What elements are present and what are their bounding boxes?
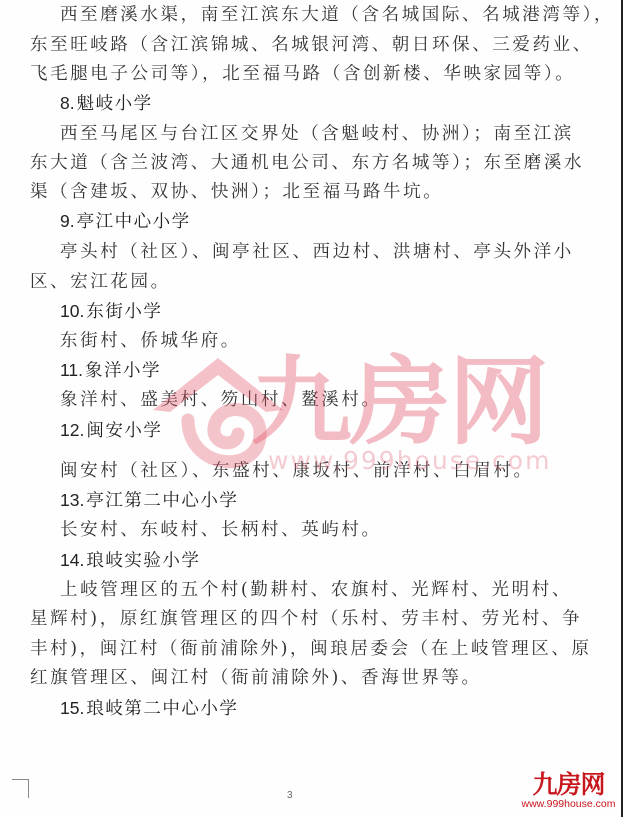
logo-url: www.999house.com <box>516 798 621 810</box>
section-heading-14: 14.琅岐实验小学 <box>60 548 200 573</box>
paragraph-line: 东至旺岐路（含江滨锦城、名城银河湾、朝日环保、三爱药业、 <box>30 33 593 57</box>
heading-title: 亭江中心小学 <box>77 212 191 232</box>
heading-title: 亭江第二中心小学 <box>86 491 238 511</box>
section-heading-12: 12.闽安小学 <box>60 418 162 443</box>
paragraph-line: 渠（含建坂、双协、快洲）；北至福马路牛坑。 <box>30 180 443 204</box>
heading-number: 14. <box>60 550 84 570</box>
heading-title: 象洋小学 <box>85 361 161 381</box>
heading-title: 琅岐实验小学 <box>86 551 200 571</box>
paragraph-line: 亭头村（社区）、闽亭社区、西边村、洪塘村、亭头外洋小 <box>60 240 574 264</box>
heading-title: 琅岐第二中心小学 <box>86 699 238 719</box>
site-logo: 九房网 www.999house.com <box>516 772 621 810</box>
section-heading-13: 13.亭江第二中心小学 <box>60 488 238 513</box>
paragraph-line: 飞毛腿电子公司等），北至福马路（含创新楼、华映家园等）。 <box>30 62 575 86</box>
heading-title: 闽安小学 <box>86 421 162 441</box>
page-edge-divider <box>621 0 623 817</box>
section-heading-11: 11.象洋小学 <box>60 358 161 383</box>
paragraph-line: 长安村、东岐村、长柄村、英屿村。 <box>60 518 382 542</box>
heading-number: 10. <box>60 301 84 321</box>
paragraph-line: 上岐管理区的五个村(勤耕村、农旗村、光辉村、光明村、 <box>60 578 572 602</box>
heading-title: 魁岐小学 <box>77 94 153 114</box>
section-heading-9: 9.亭江中心小学 <box>60 209 191 234</box>
paragraph-line: 红旗管理区、闽江村（衙前浦除外)、香海世界等。 <box>30 666 482 690</box>
heading-number: 9. <box>60 211 75 231</box>
paragraph-line: 西至马尾区与台江区交界处（含魁岐村、协洲）；南至江滨 <box>60 122 574 146</box>
paragraph-line: 闽安村（社区）、东盛村、康坂村、前洋村、白眉村。 <box>60 459 534 483</box>
paragraph-line: 东大道（含兰波湾、大通机电公司、东方名城等）；东至磨溪水 <box>30 151 584 175</box>
paragraph-line: 象洋村、盛美村、笏山村、鳌溪村。 <box>60 388 382 412</box>
heading-number: 12. <box>60 420 84 440</box>
paragraph-line: 星辉村)，原红旗管理区的四个村（乐村、劳丰村、劳光村、争 <box>30 607 582 631</box>
heading-number: 15. <box>60 698 84 718</box>
heading-number: 13. <box>60 490 84 510</box>
paragraph-line: 东街村、侨城华府。 <box>60 329 241 353</box>
heading-number: 8. <box>60 93 75 113</box>
logo-text: 九房网 <box>516 772 621 798</box>
paragraph-line: 区、宏江花园。 <box>30 270 171 294</box>
paragraph-line: 丰村)，闽江村（衙前浦除外)，闽琅居委会（在上岐管理区、原 <box>30 637 592 661</box>
section-heading-15: 15.琅岐第二中心小学 <box>60 696 238 721</box>
section-heading-10: 10.东街小学 <box>60 299 162 324</box>
section-heading-8: 8.魁岐小学 <box>60 91 153 116</box>
page-number: 3 <box>287 790 293 801</box>
paragraph-line: 西至磨溪水渠，南至江滨东大道（含名城国际、名城港湾等）， <box>60 3 614 27</box>
heading-title: 东街小学 <box>86 302 162 322</box>
page-corner-mark <box>12 779 29 798</box>
heading-number: 11. <box>60 360 83 380</box>
document-page: 西至磨溪水渠，南至江滨东大道（含名城国际、名城港湾等）， 东至旺岐路（含江滨锦城… <box>0 0 625 817</box>
